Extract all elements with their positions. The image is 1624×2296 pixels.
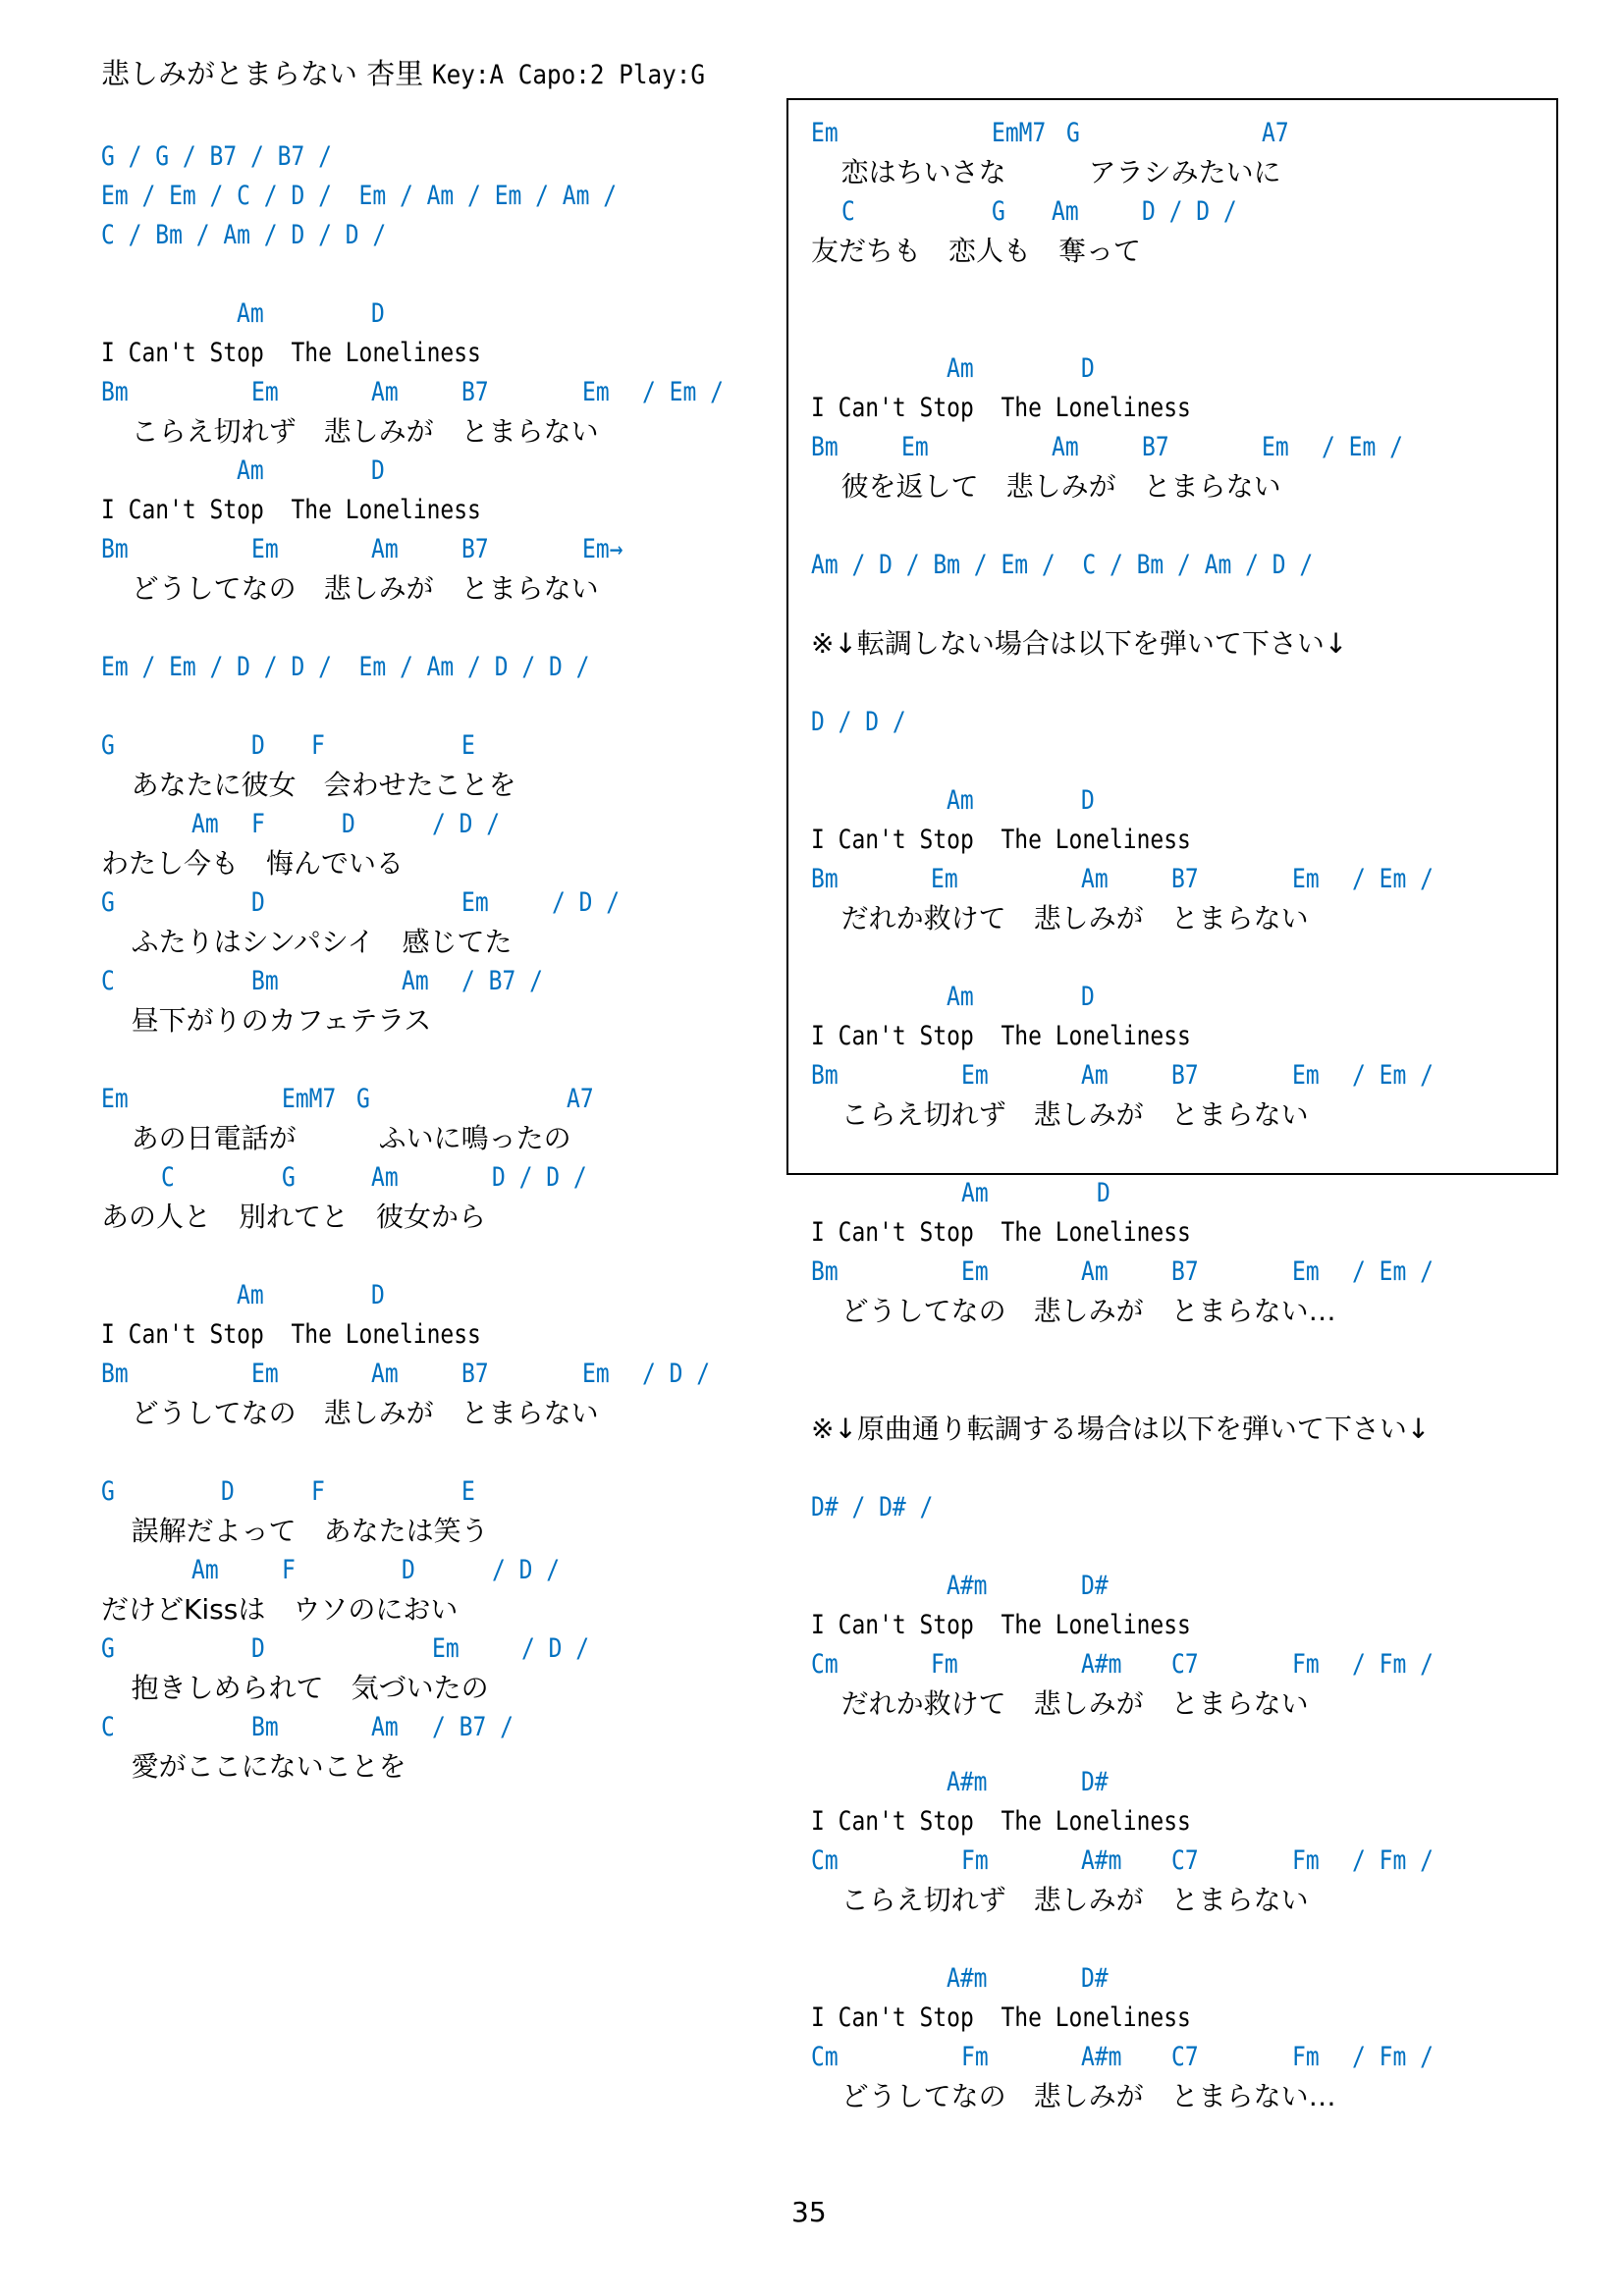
chord: B7	[1142, 430, 1169, 465]
chord: D / D /	[811, 705, 906, 740]
chord: Fm	[1292, 1843, 1320, 1879]
lyric-line-english: I Can't Stop The Loneliness	[811, 391, 1191, 426]
chord: Em	[931, 862, 958, 897]
chord: D	[1081, 351, 1095, 387]
chord: Cm	[811, 2040, 839, 2075]
chord: D	[1081, 783, 1095, 819]
chord: Em	[811, 116, 839, 151]
chord: Am	[1052, 430, 1079, 465]
chord: B7	[1171, 862, 1199, 897]
chord: Am	[1081, 1058, 1109, 1094]
chord: C7	[1171, 1843, 1199, 1879]
right-column: EmEmM7GA7恋はちいさな アラシみたいにCGAmD / D /友だちも 恋…	[0, 0, 1624, 2296]
chord: B7	[1171, 1255, 1199, 1290]
chord: Fm	[1292, 1647, 1320, 1682]
lyric-line: ※↓原曲通り転調する場合は以下を弾いて下さい↓	[811, 1412, 1430, 1447]
chord: D / D /	[1142, 194, 1237, 230]
chord: D# / D# /	[811, 1490, 933, 1525]
chord: Em	[901, 430, 929, 465]
chord: A#m	[947, 1961, 987, 1997]
lyric-line-english: I Can't Stop The Loneliness	[811, 1019, 1191, 1054]
chord: Em	[961, 1255, 989, 1290]
chord: A#m	[947, 1765, 987, 1800]
lyric-line: 彼を返して 悲しみが とまらない	[841, 469, 1281, 505]
lyric-line: だれか救けて 悲しみが とまらない	[841, 1686, 1309, 1722]
chord: D#	[1081, 1569, 1109, 1604]
chord: Am / D / Bm / Em / C / Bm / Am / D /	[811, 548, 1313, 583]
lyric-line: 友だちも 恋人も 奪って	[811, 234, 1141, 269]
chord: / Em /	[1322, 430, 1403, 465]
chord: Em	[961, 1058, 989, 1094]
chord: Am	[1052, 194, 1079, 230]
lyric-line: どうしてなの 悲しみが とまらない…	[841, 1294, 1336, 1329]
chord: Em	[1292, 1255, 1320, 1290]
songbook-page: 悲しみがとまらない 杏里 Key:A Capo:2 Play:G G / G /…	[0, 0, 1624, 2296]
lyric-line: どうしてなの 悲しみが とまらない…	[841, 2079, 1336, 2114]
chord: / Em /	[1352, 1058, 1434, 1094]
chord: D#	[1081, 1765, 1109, 1800]
chord: D#	[1081, 1961, 1109, 1997]
chord: C7	[1171, 1647, 1199, 1682]
lyric-line-english: I Can't Stop The Loneliness	[811, 2001, 1191, 2036]
chord: C7	[1171, 2040, 1199, 2075]
chord: A#m	[1081, 2040, 1121, 2075]
chord: Em	[1292, 862, 1320, 897]
chord: G	[1066, 116, 1080, 151]
chord: Am	[947, 783, 974, 819]
page-number: 35	[791, 2197, 827, 2228]
chord: / Fm /	[1352, 2040, 1434, 2075]
lyric-line: こらえ切れず 悲しみが とまらない	[841, 1097, 1309, 1133]
chord: Cm	[811, 1843, 839, 1879]
chord: Em	[1262, 430, 1289, 465]
chord: Am	[961, 1176, 989, 1211]
chord: Fm	[931, 1647, 958, 1682]
lyric-line: こらえ切れず 悲しみが とまらない	[841, 1883, 1309, 1918]
chord: / Fm /	[1352, 1843, 1434, 1879]
lyric-line: 恋はちいさな アラシみたいに	[841, 155, 1281, 190]
chord: Cm	[811, 1647, 839, 1682]
lyric-line: ※↓転調しない場合は以下を弾いて下さい↓	[811, 626, 1347, 662]
chord: Am	[947, 351, 974, 387]
lyric-line: だれか救けて 悲しみが とまらない	[841, 901, 1309, 936]
chord: Bm	[811, 430, 839, 465]
chord: D	[1097, 1176, 1110, 1211]
lyric-line-english: I Can't Stop The Loneliness	[811, 1608, 1191, 1643]
chord: B7	[1171, 1058, 1199, 1094]
chord: Bm	[811, 1255, 839, 1290]
chord: Bm	[811, 1058, 839, 1094]
chord: D	[1081, 980, 1095, 1015]
chord: A#m	[1081, 1647, 1121, 1682]
chord: A7	[1262, 116, 1289, 151]
chord: Bm	[811, 862, 839, 897]
chord: A#m	[1081, 1843, 1121, 1879]
chord: / Em /	[1352, 1255, 1434, 1290]
chord: Fm	[1292, 2040, 1320, 2075]
lyric-line-english: I Can't Stop The Loneliness	[811, 1215, 1191, 1251]
lyric-line-english: I Can't Stop The Loneliness	[811, 1804, 1191, 1840]
lyric-line-english: I Can't Stop The Loneliness	[811, 823, 1191, 858]
chord: A#m	[947, 1569, 987, 1604]
chord: Fm	[961, 2040, 989, 2075]
chord: C	[841, 194, 855, 230]
chord: Am	[1081, 1255, 1109, 1290]
chord: Am	[947, 980, 974, 1015]
chord: / Fm /	[1352, 1647, 1434, 1682]
chord: Em	[1292, 1058, 1320, 1094]
chord: Fm	[961, 1843, 989, 1879]
chord: G	[992, 194, 1005, 230]
chord: / Em /	[1352, 862, 1434, 897]
chord: Am	[1081, 862, 1109, 897]
chord: EmM7	[992, 116, 1046, 151]
